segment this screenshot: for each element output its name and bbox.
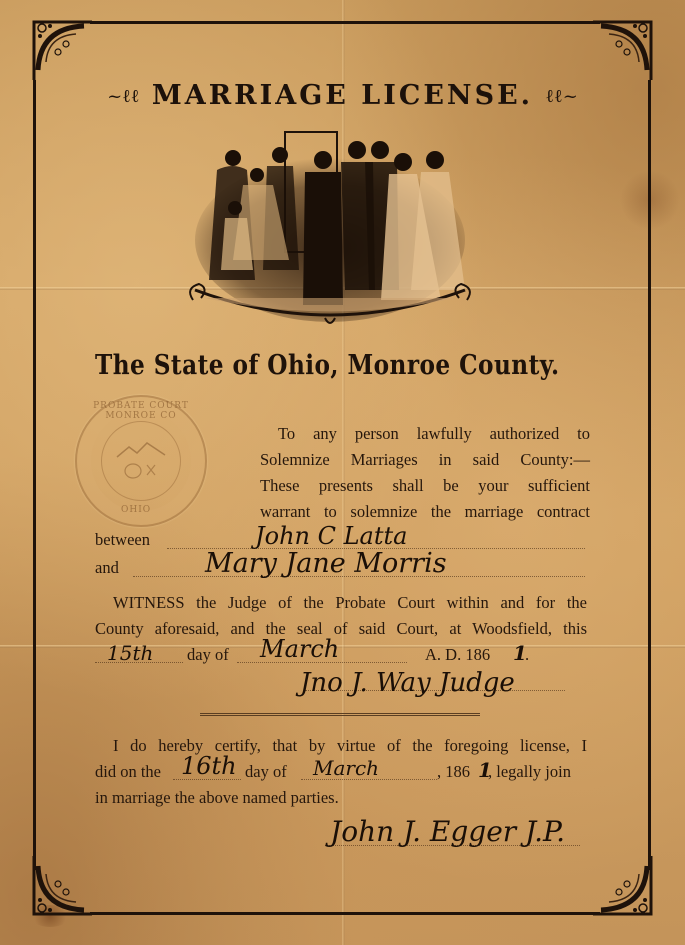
officiant-signature: John J. Egger J.P. xyxy=(330,815,565,848)
witness-ad-label: A. D. 186 xyxy=(425,642,490,668)
address-line: Solemnize Marriages in said County:— xyxy=(260,447,590,473)
corner-ornament-icon xyxy=(587,14,657,84)
corner-ornament-icon xyxy=(28,852,98,922)
witness-line-1: WITNESS the Judge of the Probate Court w… xyxy=(95,590,587,616)
seal-emblem-icon xyxy=(115,437,167,483)
corner-ornament-icon xyxy=(587,852,657,922)
certificate-month-handwritten: March xyxy=(313,755,379,781)
wedding-engraving-icon xyxy=(185,130,475,330)
address-line: To any person lawfully authorized to xyxy=(260,421,590,447)
corner-ornament-icon xyxy=(28,14,98,84)
address-paragraph: To any person lawfully authorized to Sol… xyxy=(260,421,590,525)
address-line: These presents shall be your sufficient xyxy=(260,473,590,499)
certificate-day-of-label: day of xyxy=(245,759,287,785)
witness-day-handwritten: 15th xyxy=(107,640,153,666)
certificate-year-prefix: , 186 xyxy=(437,759,470,785)
witness-line-2: County aforesaid, and the seal of said C… xyxy=(95,616,587,642)
groom-name-handwritten: John C Latta xyxy=(255,522,407,550)
witness-date-line: 15th day of March A. D. 186 1 . xyxy=(95,642,587,668)
section-divider xyxy=(200,713,480,716)
certificate-line-3: in marriage the above named parties. xyxy=(95,785,587,811)
between-label: between xyxy=(95,530,150,550)
certificate-day-handwritten: 16th xyxy=(181,753,237,779)
witness-ad-period: . xyxy=(525,642,529,668)
certificate-line-2: did on the 16th day of March , 186 1 , l… xyxy=(95,759,587,785)
title-swash-left-icon: ~ℓℓ xyxy=(107,86,139,107)
witness-month-handwritten: March xyxy=(260,636,339,662)
title-swash-right-icon: ℓℓ~ xyxy=(545,86,577,107)
embossed-court-seal: PROBATE COURT MONROE CO OHIO xyxy=(75,395,207,527)
document-title: ~ℓℓ MARRIAGE LICENSE. ℓℓ~ xyxy=(95,80,590,111)
and-label: and xyxy=(95,558,119,578)
witness-paragraph: WITNESS the Judge of the Probate Court w… xyxy=(95,590,587,642)
title-text: MARRIAGE LICENSE. xyxy=(152,80,533,111)
seal-text-bottom: OHIO xyxy=(121,505,151,515)
and-field: and Mary Jane Morris xyxy=(95,556,585,580)
certificate-legally-join: , legally join xyxy=(488,759,571,785)
bride-name-handwritten: Mary Jane Morris xyxy=(205,548,447,579)
judge-signature: Jno J. Way Judge xyxy=(300,668,515,698)
seal-text-top: PROBATE COURT MONROE CO xyxy=(91,401,191,421)
certificate-paragraph: I do hereby certify, that by virtue of t… xyxy=(95,733,587,811)
witness-day-of-label: day of xyxy=(187,642,229,668)
state-county-heading: The State of Ohio, Monroe County. xyxy=(95,350,473,381)
certificate-did-on-label: did on the xyxy=(95,759,161,785)
